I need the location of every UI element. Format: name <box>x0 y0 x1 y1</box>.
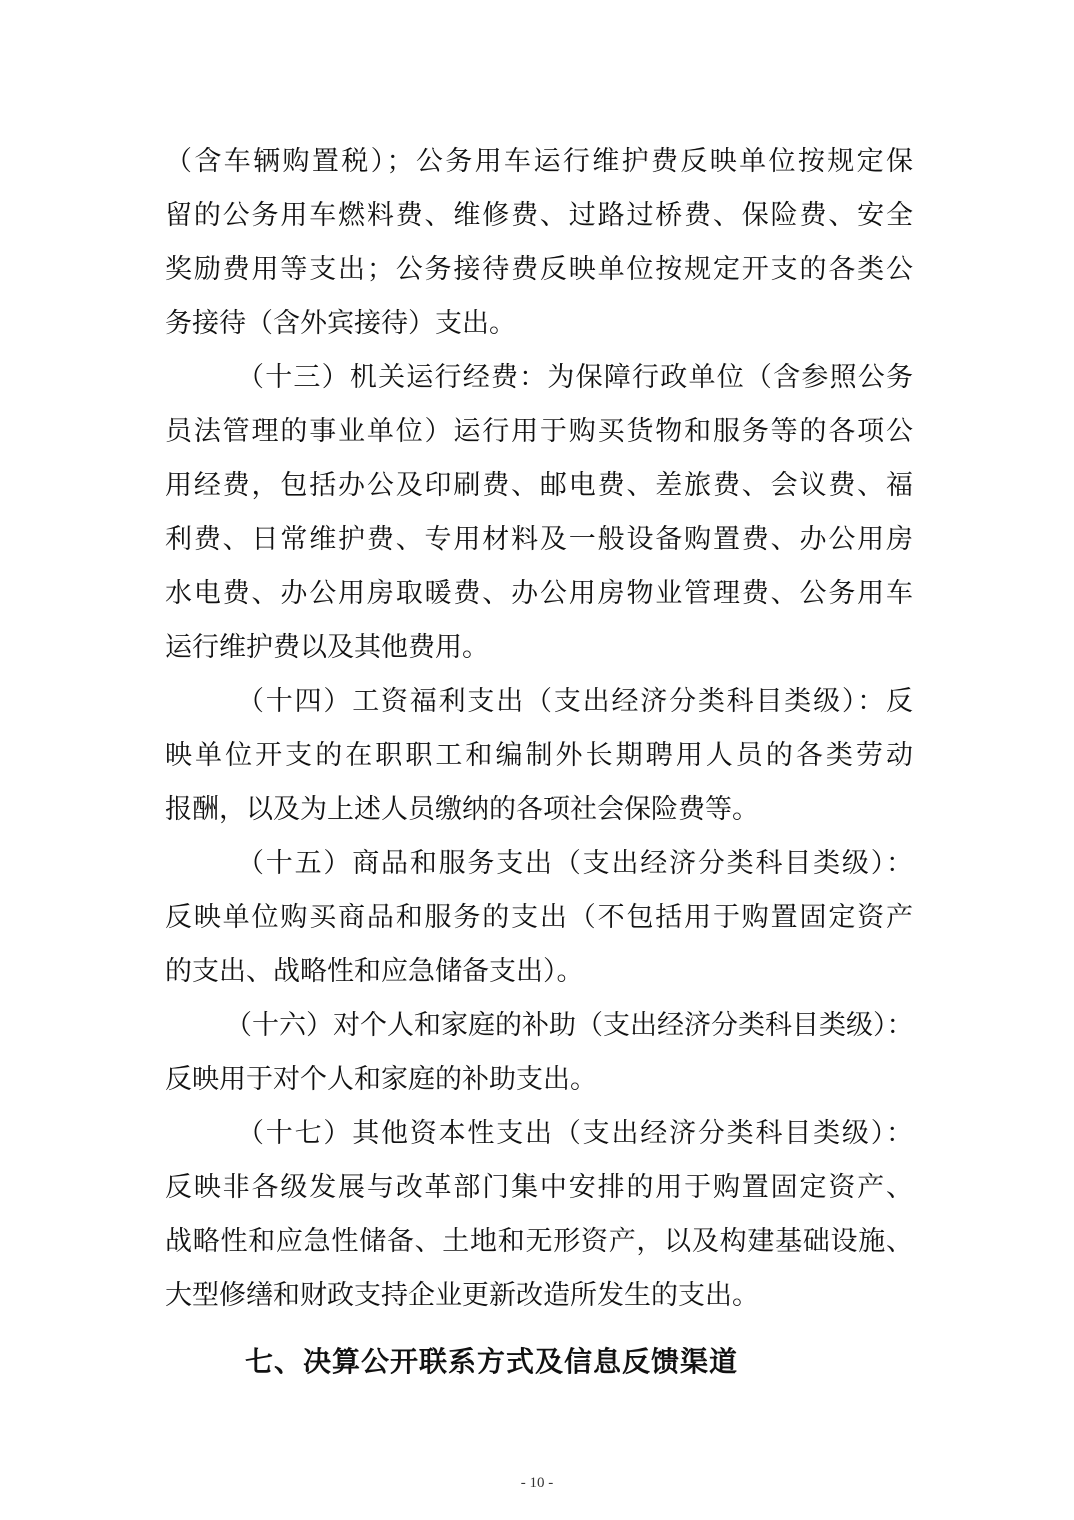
text-line: 务接待（含外宾接待）支出。 <box>165 304 913 344</box>
text-line: 反映单位购买商品和服务的支出（不包括用于购置固定资产 <box>165 898 913 938</box>
text-line: （含车辆购置税）；公务用车运行维护费反映单位按规定保 <box>165 142 913 182</box>
text-line: 留的公务用车燃料费、维修费、过路过桥费、保险费、安全 <box>165 196 913 236</box>
text-line: 报酬，以及为上述人员缴纳的各项社会保险费等。 <box>165 790 913 830</box>
text-line: 战略性和应急性储备、土地和无形资产，以及构建基础设施、 <box>165 1222 913 1262</box>
text-line: （十七）其他资本性支出（支出经济分类科目类级）： <box>237 1114 913 1154</box>
document-page: （含车辆购置税）；公务用车运行维护费反映单位按规定保 留的公务用车燃料费、维修费… <box>0 0 1074 1520</box>
text-line: （十五）商品和服务支出（支出经济分类科目类级）： <box>237 844 913 884</box>
text-line: 奖励费用等支出；公务接待费反映单位按规定开支的各类公 <box>165 250 913 290</box>
text-line: （十六）对个人和家庭的补助（支出经济分类科目类级）： <box>225 1006 913 1046</box>
text-line: 大型修缮和财政支持企业更新改造所发生的支出。 <box>165 1276 913 1316</box>
text-line: 运行维护费以及其他费用。 <box>165 628 913 668</box>
text-line: 用经费，包括办公及印刷费、邮电费、差旅费、会议费、福 <box>165 466 913 506</box>
text-line: （十四）工资福利支出（支出经济分类科目类级）：反 <box>237 682 913 722</box>
text-line: 利费、日常维护费、专用材料及一般设备购置费、办公用房 <box>165 520 913 560</box>
page-number: - 10 - <box>0 1475 1074 1492</box>
text-line: 反映非各级发展与改革部门集中安排的用于购置固定资产、 <box>165 1168 913 1208</box>
text-line: 的支出、战略性和应急储备支出）。 <box>165 952 913 992</box>
text-line: 水电费、办公用房取暖费、办公用房物业管理费、公务用车 <box>165 574 913 614</box>
text-line: 映单位开支的在职职工和编制外长期聘用人员的各类劳动 <box>165 736 913 776</box>
text-line: 员法管理的事业单位）运行用于购买货物和服务等的各项公 <box>165 412 913 452</box>
section-heading: 七、决算公开联系方式及信息反馈渠道 <box>245 1340 738 1384</box>
text-line: 反映用于对个人和家庭的补助支出。 <box>165 1060 913 1100</box>
text-line: （十三）机关运行经费：为保障行政单位（含参照公务 <box>237 358 913 398</box>
